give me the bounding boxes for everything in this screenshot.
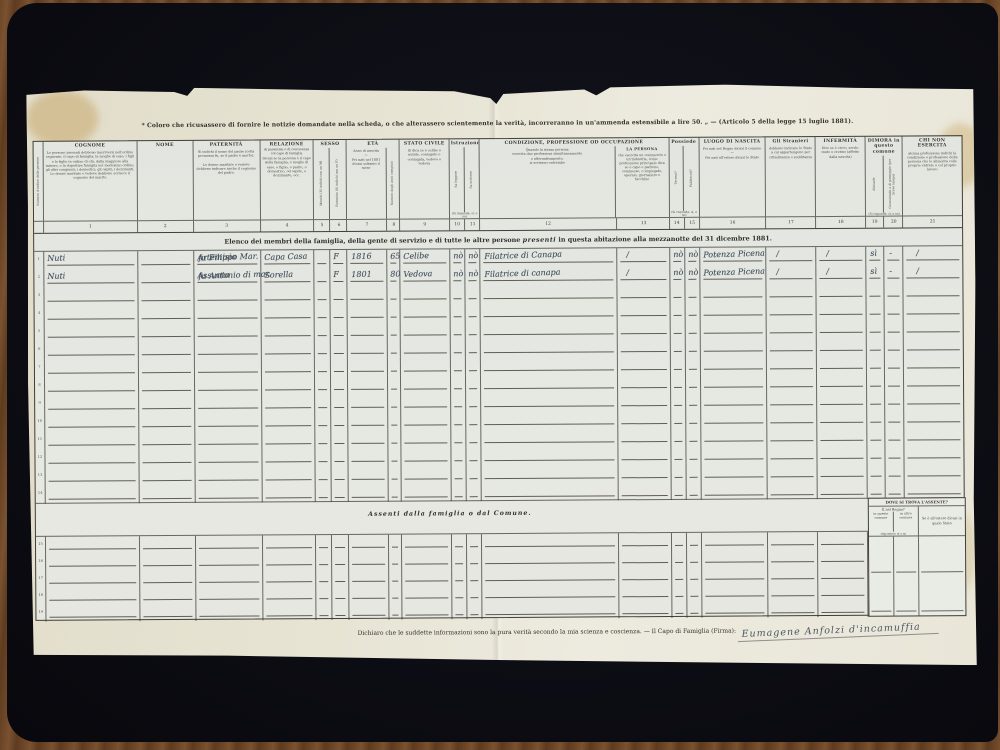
- row-number-cell: 10: [35, 414, 45, 432]
- row-cell: [465, 267, 480, 285]
- row-cell: [482, 464, 619, 483]
- row-cell: [348, 286, 388, 304]
- row-cell: [349, 552, 389, 569]
- row-cell: [903, 264, 962, 282]
- row-cell: [618, 410, 671, 428]
- row-cell: [348, 340, 388, 358]
- row-number-cell: 6: [35, 342, 45, 360]
- row-cell: [403, 585, 453, 602]
- row-cell: [617, 302, 670, 320]
- header-subcolumn: Femmine (Si indichi con un F): [330, 148, 347, 219]
- row-cell: [618, 482, 671, 500]
- row-cell: [767, 355, 817, 373]
- dove-questo-comune-label: in questo comune: [869, 512, 894, 532]
- row-cell: [139, 377, 195, 395]
- row-cell: [45, 377, 139, 396]
- row-cell: [768, 427, 818, 445]
- row-cell: [317, 569, 333, 586]
- column-number: 6: [330, 220, 347, 231]
- header-col-stato: STATO CIVILESi dica se è celibe o nubile…: [400, 139, 450, 230]
- row-cell: [617, 284, 670, 302]
- header-subcolumns: Anno di nascita — Pei nati nel 1881 dica…: [347, 148, 399, 219]
- row-cell: [262, 535, 316, 552]
- row-cell: [139, 431, 195, 449]
- row-cell: [702, 532, 769, 549]
- row-cell: [467, 551, 482, 568]
- header-col-stranieri: Gli Stranieridebbono indicare lo Stato a…: [766, 137, 816, 228]
- row-cell: [45, 341, 139, 360]
- subcolumn-vertical-label: Numero degli anni compiuti: [391, 148, 395, 219]
- row-cell: [768, 463, 818, 481]
- row-number-cell: 19: [36, 605, 46, 622]
- row-cell: [866, 247, 884, 265]
- row-cell: [467, 602, 482, 619]
- row-cell: [315, 268, 331, 286]
- row-cell: [819, 583, 869, 600]
- row-cell: [315, 286, 331, 304]
- row-cell: [450, 267, 465, 285]
- row-cell: [451, 303, 466, 321]
- row-cell: [687, 533, 702, 550]
- column-number: 13: [617, 218, 670, 229]
- row-cell: [388, 340, 401, 358]
- row-cell: [402, 551, 452, 568]
- row-cell: [700, 265, 767, 283]
- row-cell: [401, 285, 451, 303]
- row-cell: [817, 355, 867, 373]
- row-cell: [348, 304, 388, 322]
- row-cell: [390, 586, 403, 603]
- row-cell: [818, 481, 868, 499]
- row-cell: [867, 391, 885, 409]
- dove-nota-label: rispondere sì o no: [869, 531, 918, 535]
- row-cell: [402, 568, 452, 585]
- row-cell: [195, 358, 262, 376]
- header-subcolumns: Sa leggereSa scrivere: [450, 147, 479, 212]
- row-cell: [261, 250, 315, 268]
- column-number: 16: [700, 217, 766, 228]
- row-cell: [885, 283, 904, 301]
- row-cell: [349, 466, 389, 484]
- dove-cell: [919, 576, 965, 616]
- row-cell: [868, 463, 886, 481]
- row-cell: [452, 551, 467, 568]
- row-cell: [451, 393, 466, 411]
- row-cell: [670, 284, 685, 302]
- row-cell: [466, 339, 481, 357]
- row-cell: [618, 356, 671, 374]
- row-cell: [617, 266, 670, 284]
- row-cell: [262, 376, 316, 394]
- row-cell: [452, 534, 467, 551]
- header-col-istruzione: IstruzioneSa leggereSa scrivere(Si rispo…: [450, 139, 480, 230]
- row-cell: [450, 249, 465, 267]
- row-cell: [618, 428, 671, 446]
- census-form-table: Numero d'ordine delle personeCOGNOMELe p…: [33, 135, 966, 621]
- row-cell: [388, 358, 401, 376]
- row-cell: [885, 319, 904, 337]
- header-number-row: 56: [314, 219, 346, 231]
- form-header: Numero d'ordine delle personeCOGNOMELe p…: [34, 136, 963, 234]
- row-cell: [401, 375, 451, 393]
- row-cell: [618, 338, 671, 356]
- row-cell: [466, 357, 481, 375]
- row-cell: [263, 552, 317, 569]
- row-cell: [389, 484, 402, 502]
- row-cell: [700, 247, 767, 265]
- header-title: ETÀ: [347, 140, 399, 149]
- row-cell: [315, 376, 331, 394]
- row-cell: [45, 359, 139, 378]
- row-cell: [262, 394, 316, 412]
- row-cell: [670, 302, 685, 320]
- row-cell: [45, 323, 139, 342]
- row-cell: [767, 373, 817, 391]
- dove-cell: [894, 536, 919, 576]
- row-cell: [767, 265, 817, 283]
- row-cell: [466, 285, 481, 303]
- row-cell: [452, 602, 467, 619]
- row-cell: [261, 358, 315, 376]
- row-number-cell: 16: [36, 554, 46, 571]
- row-cell: [904, 426, 963, 444]
- row-cell: [387, 250, 400, 268]
- row-number-cell: 1: [34, 252, 44, 270]
- header-subcolumns: Quando la stessa persona esercita due pr…: [480, 146, 669, 218]
- column-number: 15: [685, 218, 700, 229]
- dove-regno-group: È nel Regno? in questo comune in altro c…: [869, 506, 919, 535]
- header-subcolumn: Sa scrivere: [464, 147, 479, 211]
- row-cell: [401, 357, 451, 375]
- row-cell: [332, 430, 349, 448]
- dove-empty-row: [869, 536, 965, 576]
- row-cell: [452, 447, 467, 465]
- row-cell: [388, 412, 401, 430]
- header-title: SESSO: [314, 140, 346, 148]
- row-cell: [619, 550, 672, 567]
- row-cell: [670, 320, 685, 338]
- row-cell: [702, 600, 769, 617]
- row-cell: [400, 249, 450, 267]
- row-cell: [196, 603, 263, 620]
- header-subcolumns: Terreni?Fabbricati?: [669, 146, 698, 211]
- subcolumn-description: Quando la stessa persona esercita due pr…: [480, 147, 615, 219]
- dove-cell: [894, 576, 919, 616]
- header-number-row: 1213: [480, 217, 669, 230]
- photo-of-census-sheet: * Coloro che ricusassero di fornire le n…: [0, 0, 1000, 750]
- subcolumn-vertical-label: Sa leggere: [455, 148, 459, 212]
- row-cell: [467, 568, 482, 585]
- row-cell: [331, 322, 348, 340]
- row-cell: [331, 286, 348, 304]
- row-cell: [482, 482, 619, 501]
- header-col-possiede: PossiedeTerreni?Fabbricati?(Si risponda:…: [669, 138, 699, 229]
- dove-box-subheader: È nel Regno? in questo comune in altro c…: [869, 506, 965, 537]
- header-title: Istruzione: [450, 139, 479, 147]
- header-number-row: 3: [194, 219, 260, 231]
- row-cell: [388, 322, 401, 340]
- row-cell: [817, 283, 867, 301]
- row-cell: [767, 247, 817, 265]
- row-cell: [261, 322, 315, 340]
- dove-si-trova-assente-box: DOVE SI TROVA L'ASSENTE? È nel Regno? in…: [868, 497, 967, 617]
- row-cell: [767, 301, 817, 319]
- presenti-rows: 1234567891011121314/NutiArtemisiafu Fili…: [34, 246, 964, 504]
- assenti-section-title: Assenti dalla famiglia o dal Comune.: [36, 508, 864, 520]
- row-cell: [672, 601, 687, 618]
- column-number: 3: [194, 220, 260, 231]
- row-cell: [905, 480, 964, 498]
- row-cell: [466, 411, 481, 429]
- row-cell: [618, 446, 671, 464]
- row-cell: [262, 448, 316, 466]
- row-cell: [194, 250, 261, 268]
- row-cell: [817, 301, 867, 319]
- row-cell: [619, 533, 672, 550]
- row-cell: [701, 427, 768, 445]
- row-cell: [767, 319, 817, 337]
- subcolumn-vertical-label: Maschi (Si indichi con un M): [319, 148, 323, 219]
- row-cell: [466, 375, 481, 393]
- row-cell: [46, 536, 140, 554]
- column-number: 10: [450, 219, 465, 230]
- row-cell: [46, 570, 140, 588]
- row-cell: [45, 305, 139, 324]
- row-cell: [700, 355, 767, 373]
- row-cell: [885, 409, 904, 427]
- row-cell: [196, 535, 263, 552]
- row-cell: [401, 321, 451, 339]
- row-cell: [905, 444, 964, 462]
- header-number-row: 78: [347, 219, 399, 231]
- row-cell: [390, 603, 403, 620]
- header-description: [137, 149, 192, 220]
- row-cell: [481, 302, 618, 321]
- row-cell: [138, 251, 194, 269]
- row-cell: [671, 374, 686, 392]
- row-cell: [388, 268, 401, 286]
- row-number-cell: 4: [35, 306, 45, 324]
- row-cell: [195, 448, 262, 466]
- row-number-cell: 18: [36, 588, 46, 605]
- row-cell: [262, 484, 316, 502]
- column-number: 9: [400, 219, 449, 230]
- row-cell: [349, 412, 389, 430]
- row-cell: [686, 392, 701, 410]
- header-number-row: 1920: [866, 216, 902, 228]
- row-cell: [482, 550, 619, 568]
- row-cell: [685, 338, 700, 356]
- row-cell: [262, 466, 316, 484]
- row-cell: [331, 376, 348, 394]
- subcolumn-description: Anno di nascita — Pei nati nel 1881 dica…: [347, 148, 386, 219]
- header-number-row: 4: [261, 219, 314, 231]
- row-cell: [317, 586, 333, 603]
- header-subcolumn: Sa leggere: [450, 148, 465, 212]
- row-cell: [195, 430, 262, 448]
- row-cell: [261, 304, 315, 322]
- header-subcolumns: AbitualeOccasionale o di passaggio (per …: [866, 155, 902, 212]
- row-cell: [886, 445, 905, 463]
- row-cell: [904, 336, 963, 354]
- row-cell: [465, 249, 480, 267]
- row-cell: [46, 553, 140, 571]
- row-cell: [904, 300, 963, 318]
- row-cell: [389, 552, 402, 569]
- row-cell: [819, 600, 869, 617]
- header-title: STATO CIVILE: [400, 139, 449, 148]
- row-cell: [44, 287, 138, 306]
- row-cell: [886, 427, 905, 445]
- row-cell: [768, 532, 818, 549]
- row-cell: [332, 484, 349, 502]
- row-cell: [46, 587, 140, 605]
- row-cell: [619, 584, 672, 601]
- census-paper-sheet: * Coloro che ricusassero di fornire le n…: [24, 79, 980, 677]
- row-cell: [867, 301, 885, 319]
- row-cell: [618, 374, 671, 392]
- row-cell: [331, 340, 348, 358]
- row-cell: [685, 284, 700, 302]
- row-cell: [316, 535, 332, 552]
- header-description: Pei nati nel Regno dicasi il comune — Pe…: [699, 146, 765, 217]
- row-cell: [139, 395, 195, 413]
- row-cell: [316, 552, 332, 569]
- row-cell: [867, 355, 885, 373]
- row-cell: [904, 372, 963, 390]
- header-col-condizione: CONDIZIONE, PROFESSIONE OD OCCUPAZIONEQu…: [480, 138, 670, 230]
- row-cell: [886, 463, 905, 481]
- row-cell: [349, 535, 389, 552]
- row-cell: [467, 447, 482, 465]
- row-cell: [818, 566, 868, 583]
- subcolumn-vertical-label: Fabbricati?: [689, 146, 693, 210]
- elenco-prefix: Elenco dei membri della famiglia, della …: [224, 236, 522, 246]
- row-cell: [45, 413, 139, 432]
- row-cell: [139, 485, 195, 503]
- row-cell: [701, 409, 768, 427]
- row-cell: [671, 446, 686, 464]
- row-cell: [904, 318, 963, 336]
- row-cell: [685, 302, 700, 320]
- row-cell: [480, 266, 617, 285]
- row-cell: [388, 376, 401, 394]
- dove-estero-label: Se è all'estero dicasi in quale Stato: [919, 506, 965, 535]
- row-cell: [885, 301, 904, 319]
- subcolumn-vertical-label: Abituale: [872, 156, 876, 213]
- row-cell: [331, 268, 348, 286]
- row-cell: [402, 483, 452, 501]
- row-cell: [685, 248, 700, 266]
- header-subcolumn: Quando la stessa persona esercita due pr…: [480, 147, 616, 219]
- row-cell: [482, 533, 619, 551]
- row-cell: [818, 532, 868, 549]
- row-cell: [194, 286, 261, 304]
- row-cell: [769, 549, 819, 566]
- row-cell: [350, 569, 390, 586]
- row-cell: [196, 569, 263, 586]
- column-number: 18: [816, 217, 865, 228]
- column-number: 17: [766, 217, 815, 228]
- row-cell: [140, 587, 196, 604]
- row-cell: [402, 465, 452, 483]
- row-cell: [139, 413, 195, 431]
- row-cell: [702, 566, 769, 583]
- row-cell: [482, 601, 619, 619]
- column-number: 19: [866, 217, 884, 228]
- header-number-row: 18: [816, 216, 865, 228]
- row-cell: [467, 465, 482, 483]
- subcolumn-vertical-label: Sa scrivere: [470, 147, 474, 211]
- row-cell: [333, 586, 350, 603]
- row-cell: [194, 322, 261, 340]
- header-title: Gli Stranieri: [766, 137, 815, 146]
- row-cell: [315, 322, 331, 340]
- row-cell: [45, 449, 139, 468]
- row-cell: [885, 391, 904, 409]
- row-cell: [195, 394, 262, 412]
- row-cell: [868, 481, 886, 499]
- row-cell: [618, 464, 671, 482]
- row-cell: [701, 391, 768, 409]
- row-cell: [818, 445, 868, 463]
- row-cell: [139, 449, 195, 467]
- row-cell: [686, 446, 701, 464]
- row-cell: [617, 248, 670, 266]
- header-col-paternita: PATERNITÀSi indichi il nome del padre (c…: [193, 140, 260, 231]
- header-number-row: 16: [700, 216, 766, 228]
- row-cell: [618, 392, 671, 410]
- assenti-rows: 1516171819: [36, 531, 965, 622]
- row-cell: [687, 567, 702, 584]
- row-cell: [401, 411, 451, 429]
- row-cell: [817, 265, 867, 283]
- row-cell: [672, 584, 687, 601]
- row-cell: [702, 583, 769, 600]
- row-cell: [700, 319, 767, 337]
- row-cell: [481, 392, 618, 411]
- row-cell: [686, 428, 701, 446]
- row-cell: [44, 269, 138, 288]
- row-cell: [818, 549, 868, 566]
- row-cell: [139, 467, 195, 485]
- header-subcolumn: Terreni?: [669, 146, 684, 210]
- header-description: Le persone presenti debbono inscriversi …: [44, 150, 137, 221]
- subcolumn-vertical-label: Occasionale o di passaggio (per breve te…: [889, 155, 896, 212]
- header-description: Si indichi il nome del padre (colla prem…: [193, 149, 259, 220]
- row-cell: [886, 481, 905, 499]
- row-cell: [671, 464, 686, 482]
- row-cell: [451, 375, 466, 393]
- header-col-relazione: RELAZIONEdi parentela o di convivenza co…: [260, 140, 314, 231]
- header-description: Dire se è cieco, sordo-muto o cretino (a…: [816, 145, 865, 216]
- row-cell: [46, 604, 140, 622]
- row-number-cell: 3: [34, 288, 44, 306]
- row-cell: [389, 569, 402, 586]
- header-number-row: 21: [903, 215, 962, 227]
- row-cell: [388, 304, 401, 322]
- column-number: 2: [138, 221, 193, 232]
- dove-empty-row: [869, 576, 965, 616]
- row-number-cell: 9: [35, 396, 45, 414]
- row-cell: [195, 376, 262, 394]
- row-cell: [350, 603, 390, 620]
- column-number: 14: [670, 218, 685, 229]
- row-cell: [867, 265, 885, 283]
- row-cell: [316, 394, 332, 412]
- row-cell: [262, 412, 316, 430]
- row-cell: [348, 268, 388, 286]
